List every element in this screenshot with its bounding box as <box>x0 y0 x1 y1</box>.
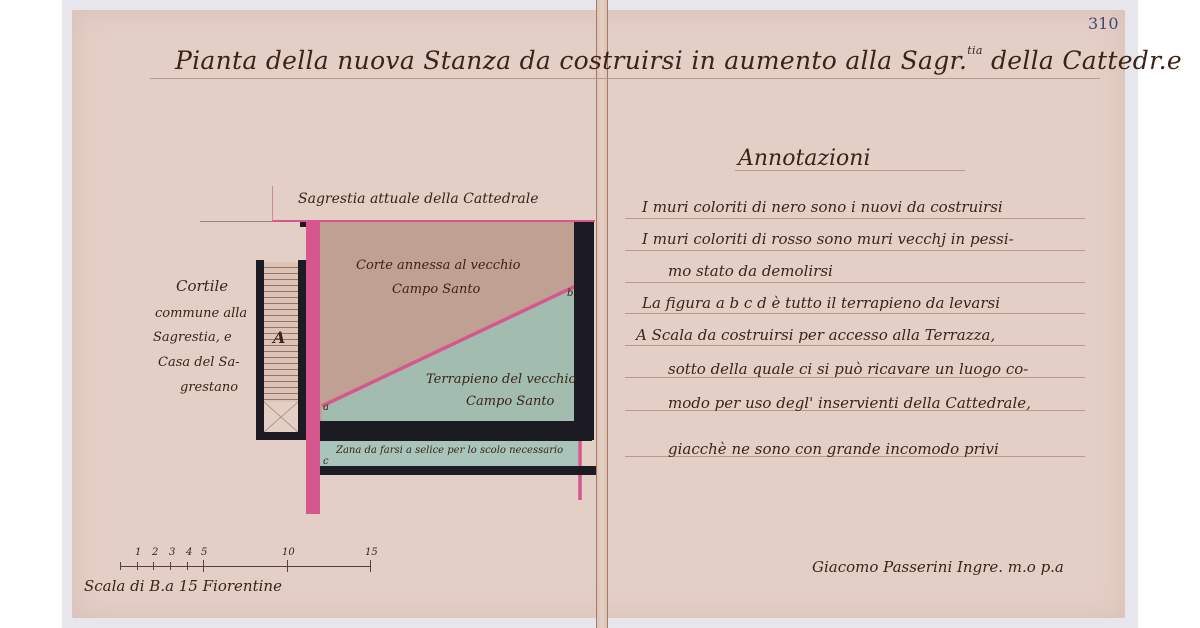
note-rule <box>625 250 1085 251</box>
label-cortile-line5: grestano <box>180 380 238 395</box>
label-cortile-line2: commune alla <box>155 306 247 321</box>
scale-label-2: 2 <box>152 547 158 558</box>
annotation-line: modo per uso degl' inservienti della Cat… <box>668 394 1031 412</box>
label-corte-line2: Campo Santo <box>392 282 480 297</box>
title-baseline <box>150 78 1100 79</box>
scale-tick <box>203 560 204 572</box>
note-rule <box>625 313 1085 314</box>
scale-tick <box>187 562 188 570</box>
label-terrapieno-line2: Campo Santo <box>466 394 554 409</box>
stair-wall-right <box>298 260 306 440</box>
point-b: b <box>567 288 573 299</box>
annotation-line: I muri coloriti di rosso sono muri vecch… <box>642 230 1014 248</box>
title-main: Pianta della nuova Stanza da costruirsi … <box>175 46 967 75</box>
scale-label-4: 4 <box>186 547 192 558</box>
scale-caption: Scala di B.a 15 Fiorentine <box>84 577 282 595</box>
note-rule <box>625 218 1085 219</box>
stair-letter-a: A <box>273 328 285 347</box>
scale-tick <box>153 562 154 570</box>
scale-label-5: 5 <box>201 547 207 558</box>
annotation-line: giacchè ne sono con grande incomodo priv… <box>668 440 999 458</box>
annotations-heading: Annotazioni <box>738 146 871 171</box>
title-tail: della Cattedr.e <box>991 46 1182 75</box>
label-cortile-line3: Sagrestia, e <box>153 330 232 345</box>
point-a: a <box>323 402 329 413</box>
label-zana-strip: Zana da farsi a selice per lo scolo nece… <box>336 445 563 456</box>
point-c: c <box>323 456 329 467</box>
scale-label-3: 3 <box>169 547 175 558</box>
scale-tick <box>120 562 121 570</box>
label-cortile-line4: Casa del Sa- <box>158 355 240 370</box>
scale-label-10: 10 <box>282 547 295 558</box>
heading-rule <box>735 170 965 171</box>
title-superscript: tia <box>967 44 982 57</box>
page-number: 310 <box>1088 14 1119 33</box>
signature: Giacomo Passerini Ingre. m.o p.a <box>812 558 1064 576</box>
annotation-line: I muri coloriti di nero sono i nuovi da … <box>642 198 1003 216</box>
stair-wall-left <box>256 260 264 440</box>
label-cortile-line1: Cortile <box>176 277 228 295</box>
annotation-line: La figura a b c d è tutto il terrapieno … <box>642 294 1000 312</box>
annotation-line: A Scala da costruirsi per accesso alla T… <box>636 326 995 344</box>
scale-tick <box>170 562 171 570</box>
page-title: Pianta della nuova Stanza da costruirsi … <box>175 46 1182 75</box>
scale-tick <box>370 560 371 572</box>
strip-bottom-wall-new <box>320 466 596 475</box>
scale-label-1: 1 <box>135 547 141 558</box>
sagrestia-extension-line <box>200 221 272 222</box>
note-rule <box>625 345 1085 346</box>
scale-tick <box>287 560 288 572</box>
stair-wall-bottom <box>256 432 306 440</box>
label-terrapieno-line1: Terrapieno del vecchio <box>426 372 576 387</box>
south-wall-new <box>320 421 592 441</box>
label-corte-line1: Corte annessa al vecchio <box>356 258 520 273</box>
west-wall-old <box>306 222 320 514</box>
annotation-line: mo stato da demolirsi <box>668 262 833 280</box>
east-wall-new <box>574 222 594 440</box>
scale-tick <box>137 562 138 570</box>
scale-label-15: 15 <box>365 547 378 558</box>
scale-bar-line <box>120 566 370 567</box>
stair-landing-cross <box>264 402 298 432</box>
note-rule <box>625 282 1085 283</box>
annotation-line: sotto della quale ci si può ricavare un … <box>668 360 1028 378</box>
